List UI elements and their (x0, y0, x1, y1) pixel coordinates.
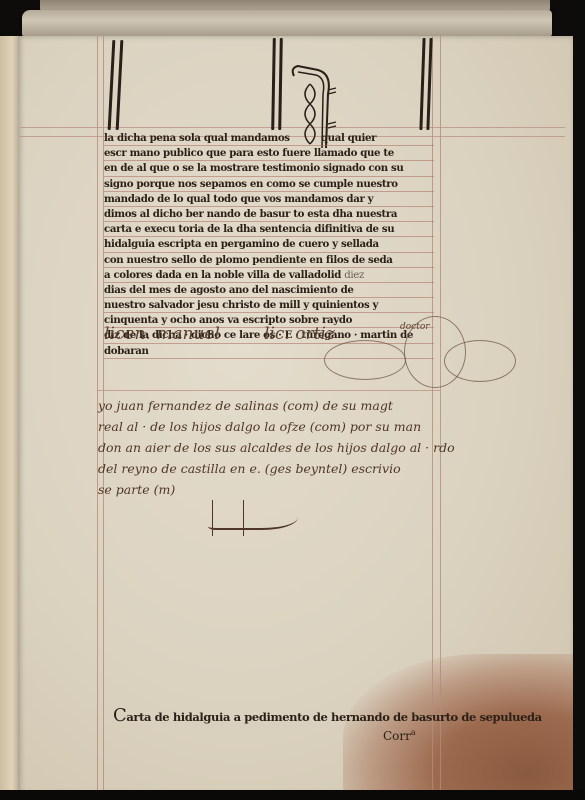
signature-lic-ortiz: lic. ortiz (264, 324, 335, 344)
cursive-line: yo juan fernandez de salinas (com) de su… (98, 395, 528, 416)
signatures-area: licen. manuel lic. ortiz doctor (104, 320, 464, 390)
notary-sign (212, 500, 244, 536)
cursive-line: del reyno de castilla en e. (ges beyntel… (98, 458, 528, 479)
text-line: hidalguia escripta en pergamino de cuero… (104, 237, 434, 252)
caption-text: arta de hidalguia a pedimento de hernand… (126, 710, 541, 724)
notary-cursive-text: yo juan fernandez de salinas (com) de su… (98, 395, 528, 500)
left-page-edge (0, 36, 20, 796)
signature-flourish (324, 340, 406, 380)
text-line: en de al que o se la mostrare testimonio… (104, 161, 434, 176)
text-line: signo porque nos sepamos en como se cump… (104, 177, 434, 192)
text-line: la dicha pena sola qual mandamos qual qu… (104, 131, 434, 146)
signature-flourish (444, 340, 516, 382)
caption-correction: Corra (383, 728, 416, 743)
rolled-scroll-edge (22, 10, 552, 36)
cursive-line: se parte (m) (98, 479, 528, 500)
text-line: carta e execu toria de la dha sentencia … (104, 222, 434, 237)
text-line: dias del mes de agosto ano del nascimien… (104, 283, 434, 298)
caption-initial: C (113, 705, 126, 726)
text-line: con nuestro sello de plomo pendiente en … (104, 253, 434, 268)
background-edge (0, 790, 585, 800)
text-line: escr mano publico que para esto fuere ll… (104, 146, 434, 161)
document-caption: Carta de hidalguia a pedimento de hernan… (113, 705, 433, 726)
ruling-signature-bottom (97, 390, 440, 391)
text-line: mandado de lo qual todo que vos mandamos… (104, 192, 434, 207)
cursive-line: real al · de los hijos dalgo la ofze (co… (98, 416, 528, 437)
text-line: a colores dada en la noble villa de vall… (104, 268, 434, 283)
text-line: nuestro salvador jesu christo de mill y … (104, 298, 434, 313)
cursive-line: don an aier de los sus alcaldes de los h… (98, 437, 528, 458)
text-line: dimos al dicho ber nando de basur to est… (104, 207, 434, 222)
signature-licen-manuel: licen. manuel (104, 324, 220, 344)
